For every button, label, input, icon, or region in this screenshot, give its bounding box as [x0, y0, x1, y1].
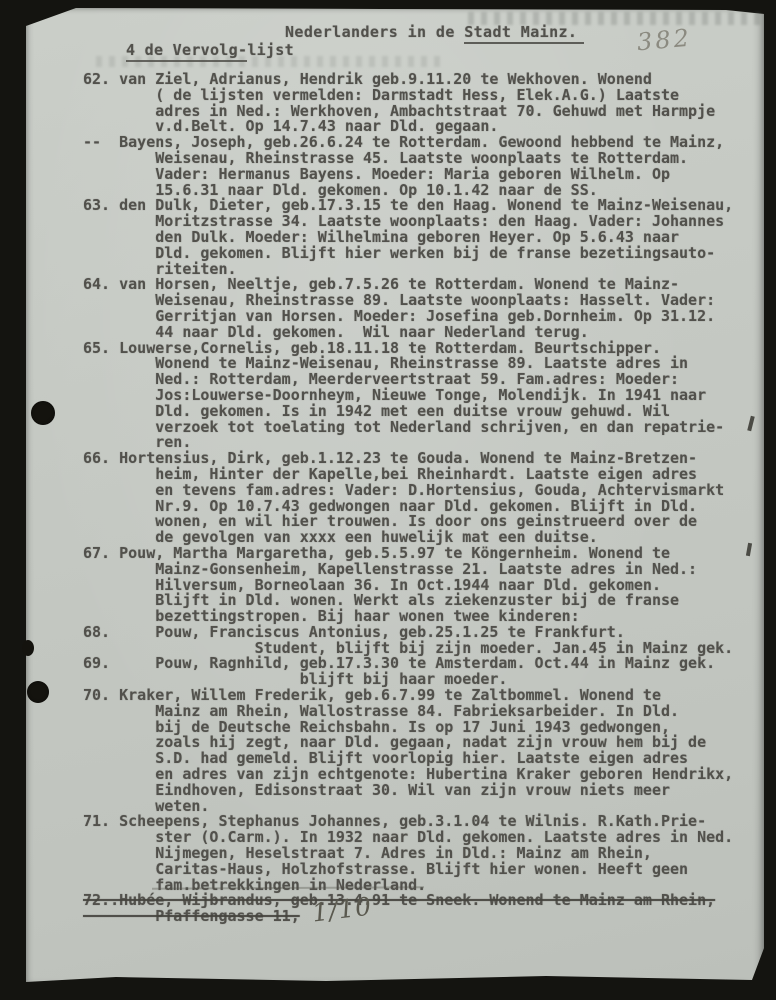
punch-hole [31, 401, 55, 425]
list-entry-72: 72..Hubée, Wijbrandus, geb.13.4.91 te Sn… [83, 893, 755, 925]
page-title: Nederlanders in de Stadt Mainz. [285, 24, 584, 40]
list-entry-71: 71. Scheepens, Stephanus Johannes, geb.3… [83, 814, 755, 893]
list-subtitle-underlined: 4 de Vervolg- [126, 41, 247, 62]
page-title-prefix: Nederlanders in de [285, 23, 464, 41]
punch-hole [27, 681, 49, 703]
handwritten-page-number: 382 [636, 24, 693, 57]
list-entry-66: 66. Hortensius, Dirk, geb.1.12.23 te Gou… [83, 451, 755, 546]
edge-notch [22, 640, 34, 656]
list-entry-68: 68. Pouw, Franciscus Antonius, geb.25.1.… [83, 625, 755, 657]
list-entry-64: 64. van Horsen, Neeltje, geb.7.5.26 te R… [83, 277, 755, 340]
entries: 62. van Ziel, Adrianus, Hendrik geb.9.11… [83, 72, 755, 925]
list-subtitle-suffix: lijst [247, 41, 294, 59]
list-entry-62: 62. van Ziel, Adrianus, Hendrik geb.9.11… [83, 72, 755, 135]
scanned-document: { "document": { "title_prefix": "Nederla… [0, 0, 776, 1000]
list-entry-65: 65. Louwerse,Cornelis, geb.18.11.18 te R… [83, 341, 755, 452]
entry-line: Pfaffengasse 11, [83, 909, 755, 925]
list-entry-63: 63. den Dulk, Dieter, geb.17.3.15 te den… [83, 198, 755, 277]
page-title-underlined: Stadt Mainz. [464, 23, 584, 44]
list-entry-bayens: -- Bayens, Joseph, geb.26.6.24 te Rotter… [83, 135, 755, 198]
list-entry-67: 67. Pouw, Martha Margaretha, geb.5.5.97 … [83, 546, 755, 625]
list-entry-70: 70. Kraker, Willem Frederik, geb.6.7.99 … [83, 688, 755, 814]
list-entry-69: 69. Pouw, Ragnhild, geb.17.3.30 te Amste… [83, 656, 755, 688]
list-subtitle: 4 de Vervolg-lijst [126, 42, 294, 58]
